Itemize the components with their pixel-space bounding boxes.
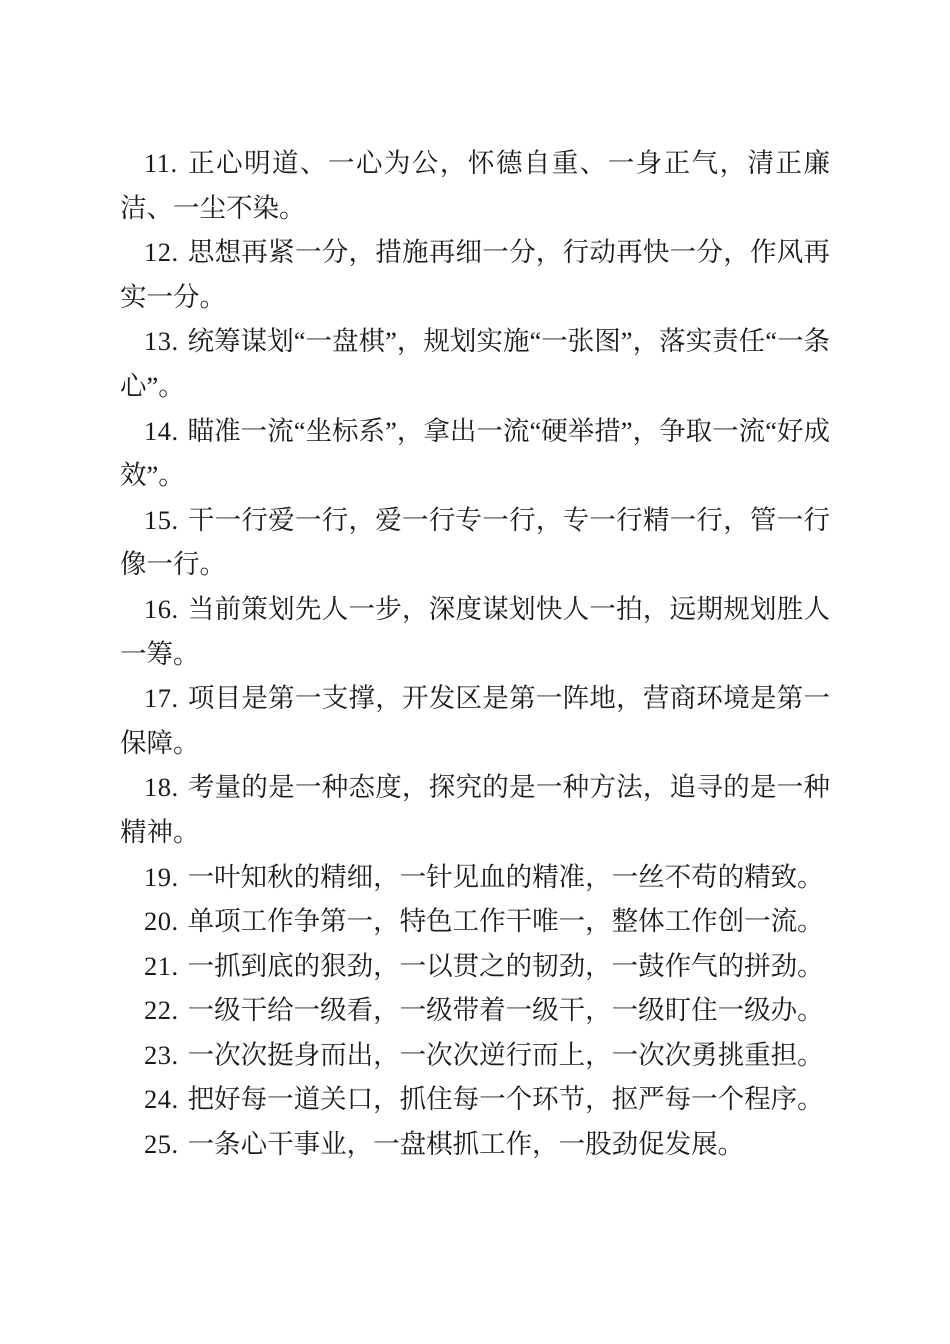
list-item: 15.干一行爱一行，爱一行专一行，专一行精一行，管一行像一行。: [120, 498, 830, 587]
item-number: 22.: [144, 995, 179, 1025]
item-number: 19.: [144, 862, 179, 892]
list-item: 18.考量的是一种态度，探究的是一种方法，追寻的是一种精神。: [120, 765, 830, 854]
item-text: 正心明道、一心为公，怀德自重、一身正气，清正廉洁、一尘不染。: [120, 148, 830, 223]
document-text-block: 11.正心明道、一心为公，怀德自重、一身正气，清正廉洁、一尘不染。 12.思想再…: [120, 141, 830, 1167]
list-item: 19.一叶知秋的精细，一针见血的精准，一丝不苟的精致。: [120, 855, 830, 900]
item-number: 16.: [144, 594, 179, 624]
list-item: 14.瞄准一流“坐标系”，拿出一流“硬举措”，争取一流“好成效”。: [120, 409, 830, 498]
list-item: 25.一条心干事业，一盘棋抓工作，一股劲促发展。: [120, 1122, 830, 1167]
item-number: 13.: [144, 326, 179, 356]
document-page: 11.正心明道、一心为公，怀德自重、一身正气，清正廉洁、一尘不染。 12.思想再…: [0, 0, 950, 1344]
item-text: 一叶知秋的精细，一针见血的精准，一丝不苟的精致。: [188, 862, 824, 892]
item-text: 一次次挺身而出，一次次逆行而上，一次次勇挑重担。: [188, 1040, 824, 1070]
item-number: 20.: [144, 906, 179, 936]
item-number: 11.: [144, 148, 178, 178]
item-number: 23.: [144, 1040, 179, 1070]
item-text: 一条心干事业，一盘棋抓工作，一股劲促发展。: [188, 1129, 745, 1159]
item-text: 一抓到底的狠劲，一以贯之的韧劲，一鼓作气的拼劲。: [188, 951, 824, 981]
item-text: 项目是第一支撑，开发区是第一阵地，营商环境是第一保障。: [120, 683, 830, 758]
list-item: 16.当前策划先人一步，深度谋划快人一拍，远期规划胜人一筹。: [120, 587, 830, 676]
item-text: 瞄准一流“坐标系”，拿出一流“硬举措”，争取一流“好成效”。: [120, 416, 830, 491]
list-item: 20.单项工作争第一，特色工作干唯一，整体工作创一流。: [120, 899, 830, 944]
list-item: 13.统筹谋划“一盘棋”，规划实施“一张图”，落实责任“一条心”。: [120, 319, 830, 408]
item-text: 思想再紧一分，措施再细一分，行动再快一分，作风再实一分。: [120, 237, 830, 312]
item-text: 单项工作争第一，特色工作干唯一，整体工作创一流。: [188, 906, 824, 936]
item-text: 把好每一道关口，抓住每一个环节，抠严每一个程序。: [188, 1084, 824, 1114]
item-number: 12.: [144, 237, 179, 267]
item-text: 考量的是一种态度，探究的是一种方法，追寻的是一种精神。: [120, 772, 830, 847]
item-text: 当前策划先人一步，深度谋划快人一拍，远期规划胜人一筹。: [120, 594, 830, 669]
item-number: 17.: [144, 683, 179, 713]
item-number: 24.: [144, 1084, 179, 1114]
list-item: 17.项目是第一支撑，开发区是第一阵地，营商环境是第一保障。: [120, 676, 830, 765]
item-number: 21.: [144, 951, 179, 981]
item-number: 15.: [144, 505, 179, 535]
item-number: 25.: [144, 1129, 179, 1159]
list-item: 21.一抓到底的狠劲，一以贯之的韧劲，一鼓作气的拼劲。: [120, 944, 830, 989]
item-text: 干一行爱一行，爱一行专一行，专一行精一行，管一行像一行。: [120, 505, 830, 580]
item-number: 14.: [144, 416, 179, 446]
item-text: 一级干给一级看，一级带着一级干，一级盯住一级办。: [188, 995, 824, 1025]
item-number: 18.: [144, 772, 179, 802]
list-item: 22.一级干给一级看，一级带着一级干，一级盯住一级办。: [120, 988, 830, 1033]
list-item: 11.正心明道、一心为公，怀德自重、一身正气，清正廉洁、一尘不染。: [120, 141, 830, 230]
list-item: 24.把好每一道关口，抓住每一个环节，抠严每一个程序。: [120, 1077, 830, 1122]
list-item: 23.一次次挺身而出，一次次逆行而上，一次次勇挑重担。: [120, 1033, 830, 1078]
list-item: 12.思想再紧一分，措施再细一分，行动再快一分，作风再实一分。: [120, 230, 830, 319]
item-text: 统筹谋划“一盘棋”，规划实施“一张图”，落实责任“一条心”。: [120, 326, 830, 401]
